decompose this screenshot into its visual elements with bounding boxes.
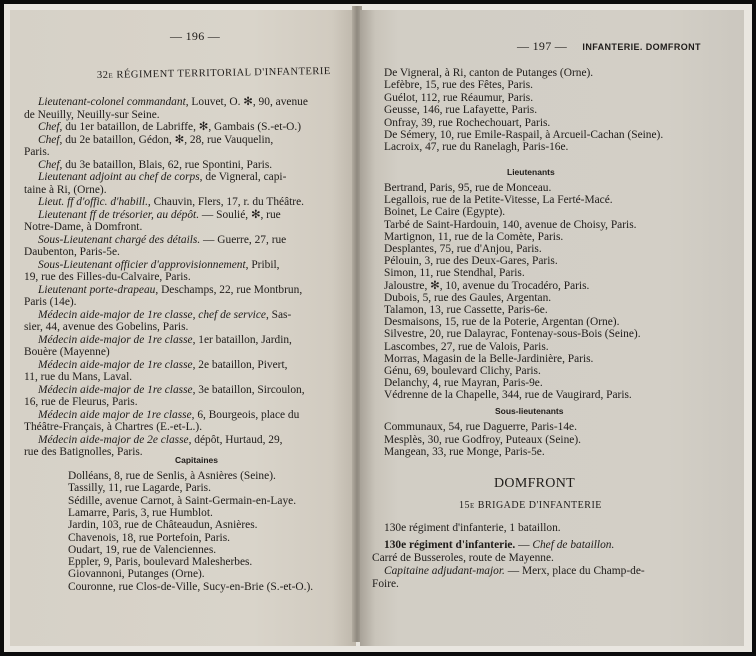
officer-line: Lieut. ff d'offic. d'habill., Chauvin, F… [38,196,304,209]
entry-text: sier, 44, avenue des Gobelins, Paris. [24,321,188,333]
entry-text: Oudart, 19, rue de Valenciennes. [68,544,216,556]
lieutenant-entry: Génu, 69, boulevard Clichy, Paris. [384,365,541,378]
rank-label: Lieutenant porte-drapeau [38,284,155,296]
officer-line: Sous-Lieutenant officier d'approvisionne… [38,259,280,272]
page-number-right: — 197 — [517,39,567,53]
entry-text: taine à Ri, (Orne). [24,184,107,196]
capitaine-entry: Giovannoni, Putanges (Orne). [68,568,205,581]
entry: — Merx, place du Champ-de- [505,565,645,577]
page-header-right: — 197 — INFANTERIE. DOMFRONT [517,39,701,54]
entry-text: Sédille, avenue Carnot, à Saint-Germain-… [68,495,296,507]
officer-line: rue des Batignolles, Paris. [24,446,143,459]
lieutenant-entry: Simon, 11, rue Stendhal, Paris. [384,267,525,280]
capitaine-entry: Couronne, rue Clos-de-Ville, Sucy-en-Bri… [68,581,313,594]
capitaine-entry: Sédille, avenue Carnot, à Saint-Germain-… [68,495,296,508]
lieutenant-entry: Pélouin, 3, rue des Deux-Gares, Paris. [384,255,558,268]
entry-text: Bouère (Mayenne) [24,346,110,358]
officer-line: Chef, du 3e bataillon, Blais, 62, rue Sp… [38,159,272,172]
entry-text: de Neuilly, Neuilly-sur Seine. [24,109,160,121]
capitaine-entry: Chavenois, 18, rue Portefoin, Paris. [68,532,230,545]
right-page: — 197 — INFANTERIE. DOMFRONT De Vigneral… [360,10,744,646]
rank-label: Médecin aide-major de 1re classe [38,359,193,371]
lieutenants-heading: Lieutenants [507,167,555,177]
lieutenant-entry: Bertrand, Paris, 95, rue de Monceau. [384,182,551,195]
entry-text: Guélot, 112, rue Réaumur, Paris. [384,92,533,104]
capitaine-entry: Onfray, 39, rue Rochechouart, Paris. [384,117,550,130]
sous-lieutenant-entry: Mesplès, 30, rue Godfroy, Puteaux (Seine… [384,434,581,447]
officer-line: Médecin aide-major de 1re classe, 1er ba… [38,334,292,347]
entry-text: Legallois, rue de la Petite-Vitesse, La … [384,194,613,206]
officer-line: Notre-Dame, à Domfront. [24,221,142,234]
entry-text: Geusse, 146, rue Lafayette, Paris. [384,104,537,116]
entry-text: , du 1er bataillon, de Labriffe, ✻, Gamb… [60,121,302,133]
capitaine-entry: Guélot, 112, rue Réaumur, Paris. [384,92,533,105]
entry-text: Desplantes, 75, rue d'Anjou, Paris. [384,243,542,255]
officer-line: Paris (14e). [24,296,77,309]
lieutenant-entry: Morras, Magasin de la Belle-Jardinière, … [384,353,593,366]
rank-label: Médecin aide-major de 1re classe [38,334,193,346]
brigade-line-2: 130e régiment d'infanterie. — Chef de ba… [384,539,614,552]
rank-label: Lieut. ff d'offic. d'habill. [38,196,148,208]
officer-line: sier, 44, avenue des Gobelins, Paris. [24,321,188,334]
rank-label: Chef [38,159,60,171]
entry-text: Onfray, 39, rue Rochechouart, Paris. [384,117,550,129]
entry-text: Mesplès, 30, rue Godfroy, Puteaux (Seine… [384,434,581,446]
entry-text: , dépôt, Hurtaud, 29, [189,434,283,446]
capitaine-entry: De Vigneral, à Ri, canton de Putanges (O… [384,67,593,80]
lieutenant-entry: Martignon, 11, rue de la Comète, Paris. [384,231,563,244]
officer-line: Paris. [24,146,50,159]
lieutenant-entry: Silvestre, 20, rue Dalayrac, Fontenay-so… [384,328,641,341]
rank: Capitaine adjudant-major. [384,565,505,577]
entry-text: Boinet, Le Caire (Egypte). [384,206,505,218]
entry-text: 16, rue de Fleurus, Paris. [24,396,138,408]
entry-text: Morras, Magasin de la Belle-Jardinière, … [384,353,593,365]
lieutenant-entry: Védrenne de la Chapelle, 344, rue de Vau… [384,389,632,402]
entry-text: Dubois, 5, rue des Gaules, Argentan. [384,292,551,304]
lieutenant-entry: Tarbé de Saint-Hardouin, 140, avenue de … [384,219,636,232]
entry-text: Lamarre, Paris, 3, rue Humblot. [68,507,213,519]
entry-text: Jaloustre, ✻, 10, avenue du Trocadéro, P… [384,280,589,292]
rank-label: Sous-Lieutenant officier d'approvisionne… [38,259,246,271]
entry-text: Daubenton, Paris-5e. [24,246,120,258]
entry-text: Tarbé de Saint-Hardouin, 140, avenue de … [384,219,636,231]
entry-text: Lefèbre, 15, rue des Fêtes, Paris. [384,79,533,91]
entry-text: Talamon, 13, rue Cassette, Paris-6e. [384,304,548,316]
entry-text: , Louvet, O. ✻, 90, avenue [186,96,308,108]
entry-text: Théâtre-Français, à Chartres (E.-et-L.). [24,421,202,433]
entry-text: , 3e bataillon, Sircoulon, [193,384,305,396]
entry-text: Bertrand, Paris, 95, rue de Monceau. [384,182,551,194]
entry-text: , Pribil, [246,259,280,271]
left-page: — 196 — 32e RÉGIMENT TERRITORIAL D'INFAN… [10,10,356,646]
entry-text: Mangean, 33, rue Monge, Paris-5e. [384,446,545,458]
rank-label: Médecin aide-major de 1re classe [38,384,193,396]
capitaines-heading: Capitaines [175,455,218,465]
officer-line: Lieutenant adjoint au chef de corps, de … [38,171,286,184]
sous-lieutenant-entry: Communaux, 54, rue Daguerre, Paris-14e. [384,421,577,434]
entry-text: 19, rue des Filles-du-Calvaire, Paris. [24,271,191,283]
page-number-left: — 196 — [170,29,220,44]
officer-line: Chef, du 2e bataillon, Gédon, ✻, 28, rue… [38,134,273,147]
entry-text: Simon, 11, rue Stendhal, Paris. [384,267,525,279]
rank-label: Lieutenant adjoint au chef de corps [38,171,200,183]
entry-text: Tassilly, 11, rue Lagarde, Paris. [68,482,211,494]
entry-text: — Soulié, ✻, rue [199,209,281,221]
officer-line: Médecin aide-major de 1re classe, 3e bat… [38,384,305,397]
entry-text: Notre-Dame, à Domfront. [24,221,142,233]
lieutenant-entry: Dubois, 5, rue des Gaules, Argentan. [384,292,551,305]
entry-text: Védrenne de la Chapelle, 344, rue de Vau… [384,389,632,401]
lieutenant-entry: Delanchy, 4, rue Mayran, Paris-9e. [384,377,543,390]
rank-label: Médecin aide major de 1re classe [38,409,192,421]
entry-text: Delanchy, 4, rue Mayran, Paris-9e. [384,377,543,389]
entry-text: , Sas- [266,309,291,321]
officer-line: Daubenton, Paris-5e. [24,246,120,259]
running-title: INFANTERIE. DOMFRONT [582,42,701,52]
officer-line: Lieutenant-colonel commandant, Louvet, O… [38,96,308,109]
entry-text: Chavenois, 18, rue Portefoin, Paris. [68,532,230,544]
officer-line: Médecin aide-major de 1re classe, 2e bat… [38,359,287,372]
capitaine-entry: Dolléans, 8, rue de Senlis, à Asnières (… [68,470,276,483]
capitaine-entry: De Sémery, 10, rue Emile-Raspail, à Arcu… [384,129,663,142]
officer-line: Lieutenant porte-drapeau, Deschamps, 22,… [38,284,302,297]
rank-label: Lieutenant-colonel commandant [38,96,186,108]
capitaine-entry: Tassilly, 11, rue Lagarde, Paris. [68,482,211,495]
officer-line: Lieutenant ff de trésorier, au dépôt. — … [38,209,281,222]
officer-line: Théâtre-Français, à Chartres (E.-et-L.). [24,421,202,434]
brigade-line-4: Capitaine adjudant-major. — Merx, place … [384,565,645,578]
entry-text: Desmaisons, 15, rue de la Poterie, Argen… [384,316,619,328]
lieutenant-entry: Jaloustre, ✻, 10, avenue du Trocadéro, P… [384,280,589,293]
entry-text: 11, rue du Mans, Laval. [24,371,132,383]
officer-line: 11, rue du Mans, Laval. [24,371,132,384]
entry-text: Jardin, 103, rue de Châteaudun, Asnières… [68,519,257,531]
rank-label: Lieutenant ff de trésorier, au dépôt. [38,209,199,221]
officer-line: Médecin aide-major de 1re classe, chef d… [38,309,291,322]
entry-text: — Guerre, 27, rue [200,234,286,246]
rank-label: Chef [38,134,60,146]
brigade-line-1: 130e régiment d'infanterie, 1 bataillon. [384,522,561,535]
entry-text: Dolléans, 8, rue de Senlis, à Asnières (… [68,470,276,482]
lieutenant-entry: Boinet, Le Caire (Egypte). [384,206,505,219]
officer-line: Sous-Lieutenant chargé des détails. — Gu… [38,234,286,247]
entry-text: Giovannoni, Putanges (Orne). [68,568,205,580]
officer-line: Bouère (Mayenne) [24,346,110,359]
entry-text: Couronne, rue Clos-de-Ville, Sucy-en-Bri… [68,581,313,593]
entry-text: Lascombes, 27, rue de Valois, Paris. [384,341,549,353]
officer-line: 16, rue de Fleurus, Paris. [24,396,138,409]
entry-text: Eppler, 9, Paris, boulevard Malesherbes. [68,556,252,568]
entry-text: Silvestre, 20, rue Dalayrac, Fontenay-so… [384,328,641,340]
entry-text: Martignon, 11, rue de la Comète, Paris. [384,231,563,243]
capitaine-entry: Jardin, 103, rue de Châteaudun, Asnières… [68,519,257,532]
capitaine-entry: Lamarre, Paris, 3, rue Humblot. [68,507,213,520]
entry-text: Lacroix, 47, rue du Ranelagh, Paris-16e. [384,141,568,153]
entry-text: , de Vigneral, capi- [200,171,287,183]
entry-text: De Sémery, 10, rue Emile-Raspail, à Arcu… [384,129,663,141]
lieutenant-entry: Lascombes, 27, rue de Valois, Paris. [384,341,549,354]
section-title: 32e RÉGIMENT TERRITORIAL D'INFANTERIE [97,65,331,82]
dash: — [515,539,532,551]
rank: Chef de bataillon. [532,539,614,551]
entry-text: Communaux, 54, rue Daguerre, Paris-14e. [384,421,577,433]
lieutenant-entry: Talamon, 13, rue Cassette, Paris-6e. [384,304,548,317]
rank-label: Médecin aide-major de 1re classe, chef d… [38,309,266,321]
entry-text: Paris (14e). [24,296,77,308]
entry-text: , du 2e bataillon, Gédon, ✻, 28, rue Vau… [60,134,274,146]
entry-text: Pélouin, 3, rue des Deux-Gares, Paris. [384,255,558,267]
officer-line: taine à Ri, (Orne). [24,184,107,197]
domfront-heading: DOMFRONT [494,477,575,490]
rank-label: Sous-Lieutenant chargé des détails. [38,234,200,246]
regiment-name: 130e régiment d'infanterie. [384,539,515,551]
capitaine-entry: Geusse, 146, rue Lafayette, Paris. [384,104,537,117]
capitaine-entry: Oudart, 19, rue de Valenciennes. [68,544,216,557]
officer-line: Médecin aide major de 1re classe, 6, Bou… [38,409,299,422]
entry-text: De Vigneral, à Ri, canton de Putanges (O… [384,67,593,79]
brigade-line-3: Carré de Busseroles, route de Mayenne. [372,552,554,565]
entry-text: , Chauvin, Flers, 17, r. du Théâtre. [148,196,304,208]
entry-text: , 1er bataillon, Jardin, [193,334,292,346]
entry-text: Paris. [24,146,50,158]
sous-lieutenant-entry: Mangean, 33, rue Monge, Paris-5e. [384,446,545,459]
capitaine-entry: Lacroix, 47, rue du Ranelagh, Paris-16e. [384,141,568,154]
entry-text: , 2e bataillon, Pivert, [193,359,288,371]
rank-label: Médecin aide-major de 2e classe [38,434,189,446]
officer-line: Chef, du 1er bataillon, de Labriffe, ✻, … [38,121,301,134]
entry-text: rue des Batignolles, Paris. [24,446,143,458]
lieutenant-entry: Desplantes, 75, rue d'Anjou, Paris. [384,243,542,256]
lieutenant-entry: Legallois, rue de la Petite-Vitesse, La … [384,194,613,207]
rank-label: Chef [38,121,60,133]
capitaine-entry: Lefèbre, 15, rue des Fêtes, Paris. [384,79,533,92]
brigade-heading: 15e BRIGADE D'INFANTERIE [459,499,602,512]
entry-text: , 6, Bourgeois, place du [192,409,300,421]
capitaine-entry: Eppler, 9, Paris, boulevard Malesherbes. [68,556,252,569]
lieutenant-entry: Desmaisons, 15, rue de la Poterie, Argen… [384,316,619,329]
officer-line: Médecin aide-major de 2e classe, dépôt, … [38,434,283,447]
officer-line: de Neuilly, Neuilly-sur Seine. [24,109,160,122]
officer-line: 19, rue des Filles-du-Calvaire, Paris. [24,271,191,284]
sous-lieutenants-heading: Sous-lieutenants [495,406,563,416]
entry-text: , du 3e bataillon, Blais, 62, rue Sponti… [60,159,273,171]
brigade-line-5: Foire. [372,578,399,591]
entry-text: Génu, 69, boulevard Clichy, Paris. [384,365,541,377]
entry-text: , Deschamps, 22, rue Montbrun, [155,284,302,296]
